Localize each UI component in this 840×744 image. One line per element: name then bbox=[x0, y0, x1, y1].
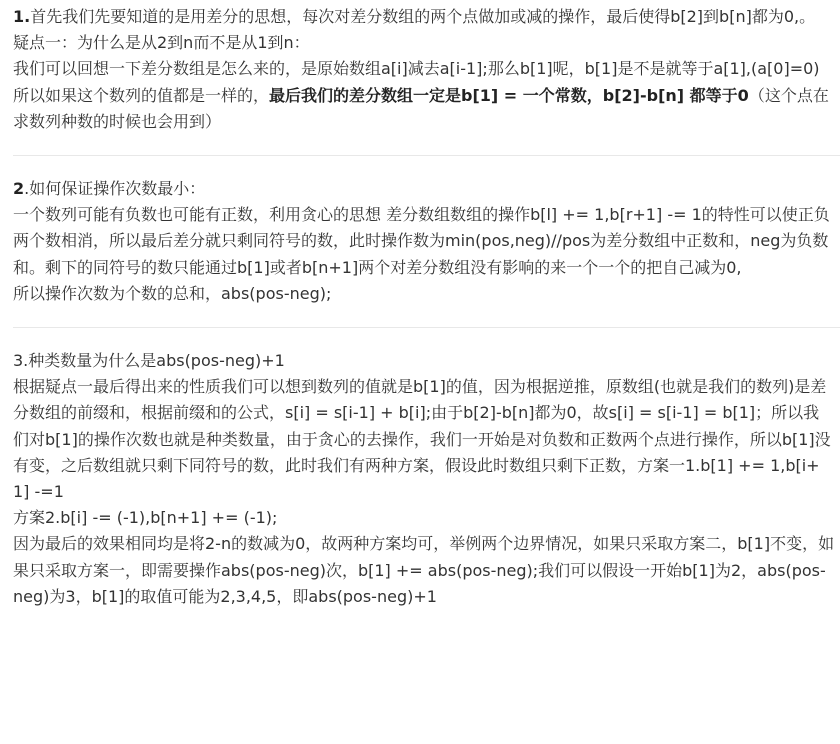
section-3-line: 根据疑点一最后得出来的性质我们可以想到数列的值就是b[1]的值，因为根据逆推，原… bbox=[13, 374, 835, 505]
section-1-number: 1. bbox=[13, 7, 30, 26]
section-3-heading: 3.种类数量为什么是abs(pos-neg)+1 bbox=[13, 348, 835, 374]
document-body: 1.首先我们先要知道的是用差分的思想，每次对差分数组的两个点做加或减的操作，最后… bbox=[0, 0, 835, 610]
section-2-line: 一个数列可能有负数也可能有正数，利用贪心的思想 差分数组数组的操作b[l] +=… bbox=[13, 202, 835, 281]
section-1-line: 疑点一：为什么是从2到n而不是从1到n： bbox=[13, 30, 835, 56]
section-2-heading: 2.如何保证操作次数最小： bbox=[13, 176, 835, 202]
section-2-line: 所以操作次数为个数的总和，abs(pos-neg); bbox=[13, 281, 835, 307]
section-2: 2.如何保证操作次数最小： 一个数列可能有负数也可能有正数，利用贪心的思想 差分… bbox=[13, 176, 835, 307]
section-1: 1.首先我们先要知道的是用差分的思想，每次对差分数组的两个点做加或减的操作，最后… bbox=[13, 4, 835, 135]
conclusion-emphasis: 最后我们的差分数组一定是b[1] = 一个常数，b[2]-b[n] 都等于0 bbox=[269, 86, 749, 105]
section-divider bbox=[13, 327, 840, 328]
section-3-line: 因为最后的效果相同均是将2-n的数减为0，故两种方案均可，举例两个边界情况，如果… bbox=[13, 531, 835, 610]
section-divider bbox=[13, 155, 840, 156]
section-3: 3.种类数量为什么是abs(pos-neg)+1 根据疑点一最后得出来的性质我们… bbox=[13, 348, 835, 610]
section-1-line: 我们可以回想一下差分数组是怎么来的，是原始数组a[i]减去a[i-1];那么b[… bbox=[13, 56, 835, 82]
section-1-heading: 1.首先我们先要知道的是用差分的思想，每次对差分数组的两个点做加或减的操作，最后… bbox=[13, 4, 835, 30]
section-2-number: 2 bbox=[13, 179, 24, 198]
section-1-conclusion: 所以如果这个数列的值都是一样的，最后我们的差分数组一定是b[1] = 一个常数，… bbox=[13, 83, 835, 135]
section-3-line: 方案2.b[i] -= (-1),b[n+1] += (-1); bbox=[13, 505, 835, 531]
